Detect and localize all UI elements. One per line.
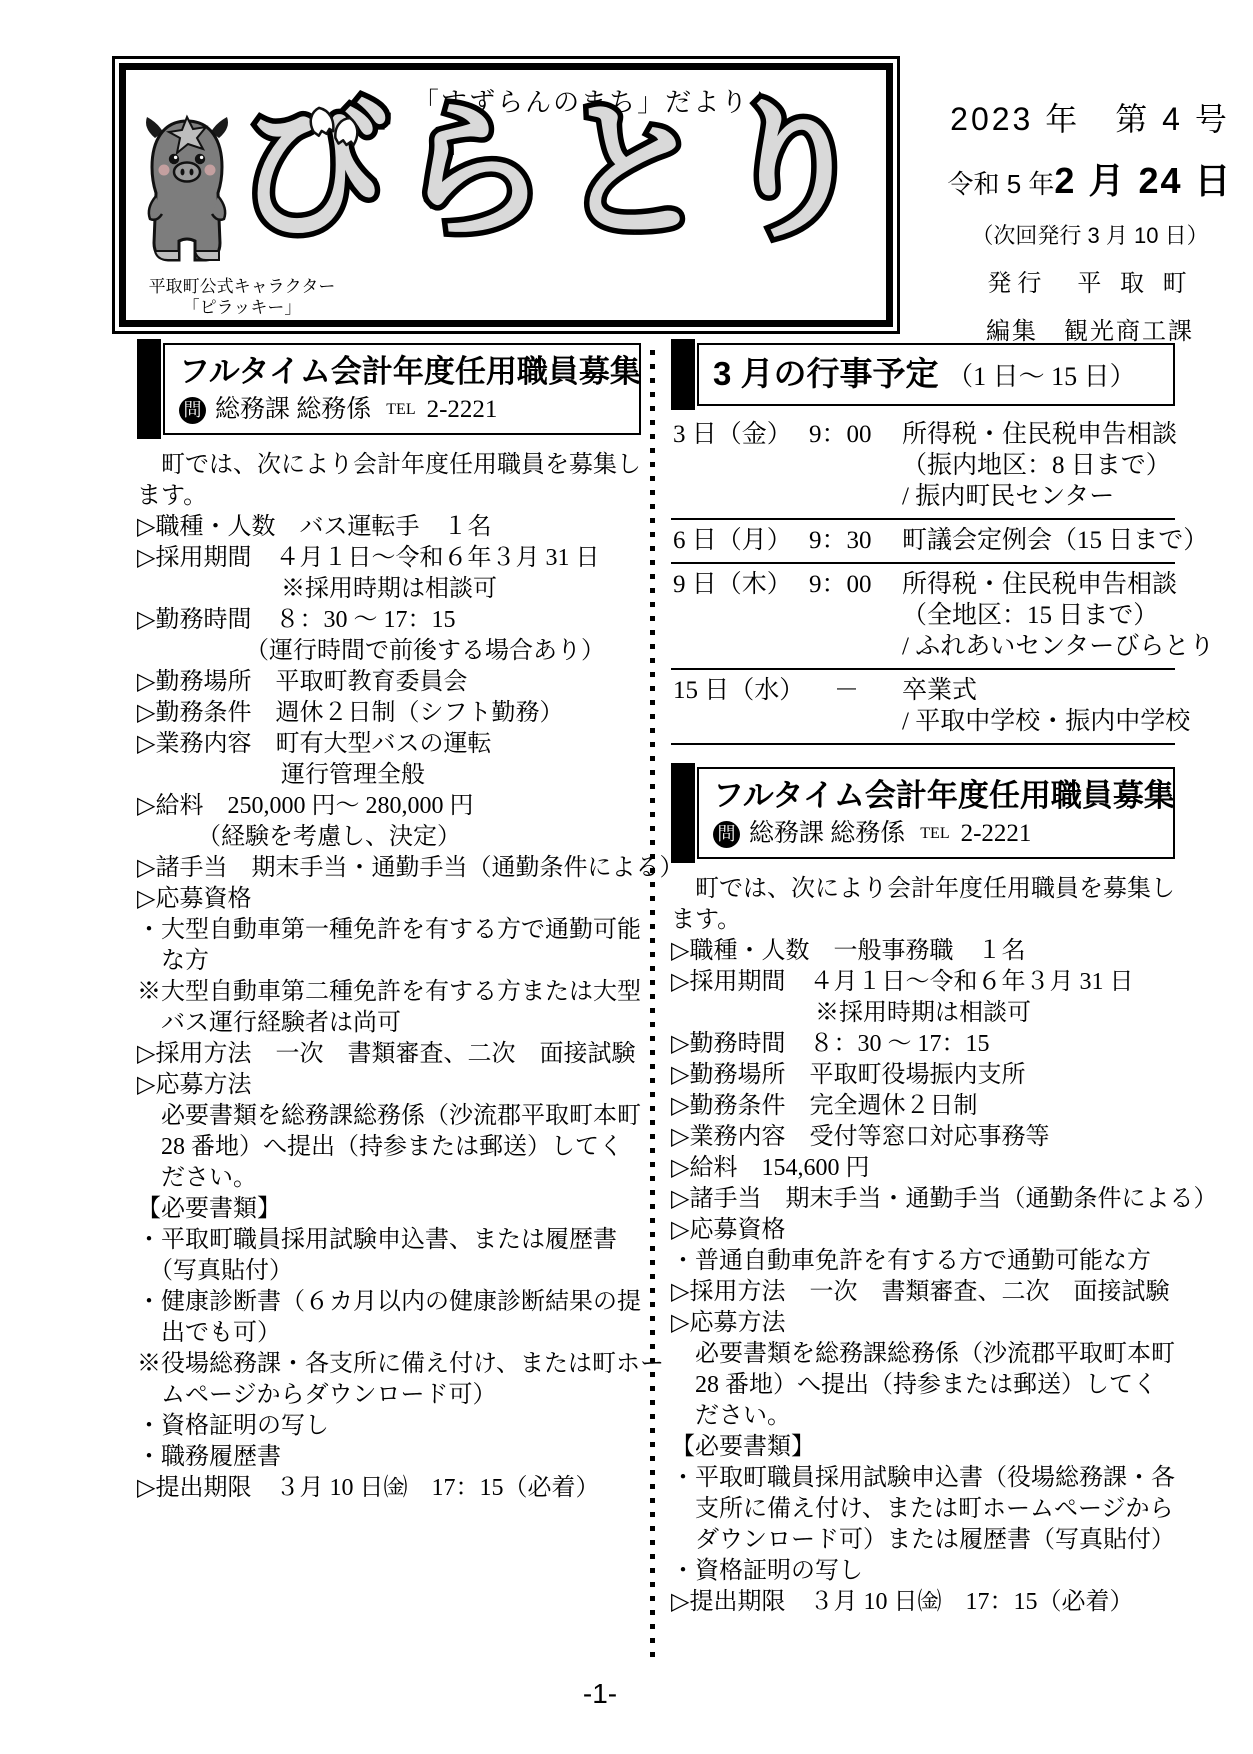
body-line: （経験を考慮し、決定） bbox=[137, 822, 641, 853]
body-line: ※大型自動車第二種免許を有する方または大型 bbox=[137, 977, 641, 1008]
issue-next-publication: （次回発行 3 月 10 日） bbox=[928, 219, 1252, 250]
schedule-description-line: 卒業式 bbox=[902, 675, 1190, 706]
body-line: ▷応募資格 bbox=[671, 1215, 1175, 1246]
section-title: フルタイム会計年度任用職員募集 bbox=[179, 352, 633, 392]
section-title: フルタイム会計年度任用職員募集 bbox=[713, 776, 1167, 816]
body-line: 28 番地）へ提出（持参または郵送）してく bbox=[671, 1370, 1175, 1401]
inquiry-badge-icon: 問 bbox=[179, 397, 206, 424]
body-line: 町では、次により会計年度任用職員を募集し bbox=[137, 450, 641, 481]
mascot-caption-line1: 平取町公式キャラクター bbox=[126, 276, 358, 297]
body-line: 支所に備え付け、または町ホームページから bbox=[671, 1494, 1175, 1525]
body-line: ▷採用期間 ４月１日～令和６年３月 31 日 bbox=[671, 967, 1175, 998]
body-line: ▷勤務時間 ８：30 ～ 17：15 bbox=[137, 605, 641, 636]
schedule-date: 3 日（金） bbox=[673, 419, 809, 512]
schedule-description: 所得税・住民税申告相談 （振内地区：8 日まで） / 振内町民センター bbox=[902, 419, 1177, 512]
body-line: ※役場総務課・各支所に備え付け、または町ホー bbox=[137, 1349, 641, 1380]
schedule-row: 9 日（木） 9：00 所得税・住民税申告相談 （全地区：15 日まで） / ふ… bbox=[671, 564, 1175, 670]
schedule-description: 卒業式 / 平取中学校・振内中学校 bbox=[902, 675, 1190, 737]
body-line: ▷提出期限 ３月 10 日㈮ 17：15（必着） bbox=[671, 1587, 1175, 1618]
schedule-description-line: 町議会定例会（15 日まで） bbox=[902, 525, 1208, 556]
body-line: ▷勤務条件 週休２日制（シフト勤務） bbox=[137, 698, 641, 729]
section-header-recruit-left: フルタイム会計年度任用職員募集 問 総務課 総務係 TEL 2-2221 bbox=[163, 343, 641, 435]
schedule-description-line: / 平取中学校・振内中学校 bbox=[902, 706, 1190, 737]
body-line: ▷応募資格 bbox=[137, 884, 641, 915]
schedule-title: 3 月の行事予定 bbox=[713, 355, 939, 392]
issue-info-block: 2023 年 第 4 号 令和 5 年2 月 24 日 （次回発行 3 月 10… bbox=[928, 94, 1252, 346]
body-line: 【必要書類】 bbox=[671, 1432, 1175, 1463]
section-header-recruit-right: フルタイム会計年度任用職員募集 問 総務課 総務係 TEL 2-2221 bbox=[697, 767, 1175, 859]
schedule-description-line: （全地区：15 日まで） bbox=[902, 600, 1214, 631]
schedule-description: 町議会定例会（15 日まで） bbox=[902, 525, 1208, 556]
body-line: （運行時間で前後する場合あり） bbox=[137, 636, 641, 667]
schedule-time: 9：00 bbox=[809, 419, 902, 512]
suzuran-flowers-illustration bbox=[304, 104, 368, 156]
body-line: 必要書類を総務課総務係（沙流郡平取町本町 bbox=[671, 1339, 1175, 1370]
contact-department: 総務課 総務係 bbox=[749, 818, 905, 850]
issue-year-number: 2023 年 第 4 号 bbox=[928, 94, 1252, 140]
schedule-date: 6 日（月） bbox=[673, 525, 809, 556]
mascot-caption: 平取町公式キャラクター 「ピラッキー」 bbox=[126, 276, 358, 318]
body-line: ※採用時期は相談可 bbox=[137, 574, 641, 605]
tel-label: TEL bbox=[386, 394, 415, 426]
body-line: ・健康診断書（６カ月以内の健康診断結果の提 bbox=[137, 1287, 641, 1318]
contact-line: 問 総務課 総務係 TEL 2-2221 bbox=[713, 818, 1167, 850]
newsletter-page: 「すずらんのまち」だより びらとり びらとり bbox=[0, 0, 1253, 1754]
tel-label: TEL bbox=[920, 818, 949, 850]
body-line: ▷業務内容 受付等窓口対応事務等 bbox=[671, 1122, 1175, 1153]
schedule-description-line: 所得税・住民税申告相談 bbox=[902, 419, 1177, 450]
body-line: 【必要書類】 bbox=[137, 1194, 641, 1225]
issue-editor: 編集 観光商工課 bbox=[928, 311, 1252, 346]
schedule-table: 3 日（金） 9：00 所得税・住民税申告相談 （振内地区：8 日まで） / 振… bbox=[671, 414, 1175, 745]
schedule-date: 9 日（木） bbox=[673, 569, 809, 662]
contact-department: 総務課 総務係 bbox=[215, 394, 371, 426]
body-line: な方 bbox=[137, 946, 641, 977]
body-line: ▷給料 250,000 円～ 280,000 円 bbox=[137, 791, 641, 822]
body-line: 28 番地）へ提出（持参または郵送）してく bbox=[137, 1132, 641, 1163]
schedule-description-line: / ふれあいセンターびらとり bbox=[902, 631, 1214, 662]
masthead-logo-box: 「すずらんのまち」だより びらとり びらとり bbox=[112, 56, 900, 334]
body-line: ・大型自動車第一種免許を有する方で通勤可能 bbox=[137, 915, 641, 946]
body-line: （写真貼付） bbox=[137, 1256, 641, 1287]
body-line: ▷職種・人数 バス運転手 １名 bbox=[137, 512, 641, 543]
body-line: ます。 bbox=[671, 905, 1175, 936]
right-column: 3 月の行事予定 （1 日～ 15 日） 3 日（金） 9：00 所得税・住民税… bbox=[671, 343, 1175, 1618]
body-line: 運行管理全般 bbox=[137, 760, 641, 791]
issue-publisher: 発行 平 取 町 bbox=[928, 263, 1252, 298]
schedule-title-line: 3 月の行事予定 （1 日～ 15 日） bbox=[713, 352, 1167, 397]
body-line: ▷諸手当 期末手当・通勤手当（通勤条件による） bbox=[671, 1184, 1175, 1215]
body-line: ▷採用方法 一次 書類審査、二次 面接試験 bbox=[671, 1277, 1175, 1308]
body-line: 町では、次により会計年度任用職員を募集し bbox=[671, 874, 1175, 905]
body-line: ・資格証明の写し bbox=[137, 1411, 641, 1442]
body-line: ▷採用期間 ４月１日～令和６年３月 31 日 bbox=[137, 543, 641, 574]
body-line: ・普通自動車免許を有する方で通勤可能な方 bbox=[671, 1246, 1175, 1277]
body-line: ・平取町職員採用試験申込書、または履歴書 bbox=[137, 1225, 641, 1256]
schedule-description-line: / 振内町民センター bbox=[902, 481, 1177, 512]
schedule-date: 15 日（水） bbox=[673, 675, 809, 737]
body-line: ※採用時期は相談可 bbox=[671, 998, 1175, 1029]
body-line: ・平取町職員採用試験申込書（役場総務課・各 bbox=[671, 1463, 1175, 1494]
body-line: ▷応募方法 bbox=[671, 1308, 1175, 1339]
body-line: ▷採用方法 一次 書類審査、二次 面接試験 bbox=[137, 1039, 641, 1070]
left-column: フルタイム会計年度任用職員募集 問 総務課 総務係 TEL 2-2221 町では… bbox=[137, 343, 641, 1504]
mascot-caption-line2: 「ピラッキー」 bbox=[126, 297, 358, 318]
body-line: バス運行経験者は尚可 bbox=[137, 1008, 641, 1039]
body-line: ▷応募方法 bbox=[137, 1070, 641, 1101]
body-line: ▷諸手当 期末手当・通勤手当（通勤条件による） bbox=[137, 853, 641, 884]
schedule-row: 3 日（金） 9：00 所得税・住民税申告相談 （振内地区：8 日まで） / 振… bbox=[671, 414, 1175, 520]
schedule-row: 15 日（水） － 卒業式 / 平取中学校・振内中学校 bbox=[671, 670, 1175, 745]
schedule-time: 9：30 bbox=[809, 525, 902, 556]
page-number: -1- bbox=[540, 1678, 660, 1710]
body-line: ▷業務内容 町有大型バスの運転 bbox=[137, 729, 641, 760]
body-line: 必要書類を総務課総務係（沙流郡平取町本町 bbox=[137, 1101, 641, 1132]
schedule-title-note: （1 日～ 15 日） bbox=[947, 362, 1136, 391]
issue-era-prefix: 令和 5 年 bbox=[948, 169, 1055, 199]
body-line: ださい。 bbox=[137, 1163, 641, 1194]
body-line: ▷給料 154,600 円 bbox=[671, 1153, 1175, 1184]
body-line: ▷勤務場所 平取町役場振内支所 bbox=[671, 1060, 1175, 1091]
recruit-right-section: フルタイム会計年度任用職員募集 問 総務課 総務係 TEL 2-2221 町では… bbox=[671, 767, 1175, 1618]
schedule-description: 所得税・住民税申告相談 （全地区：15 日まで） / ふれあいセンターびらとり bbox=[902, 569, 1214, 662]
body-line: ます。 bbox=[137, 481, 641, 512]
mascot-illustration bbox=[140, 114, 234, 270]
section-header-schedule: 3 月の行事予定 （1 日～ 15 日） bbox=[697, 343, 1175, 406]
tel-number: 2-2221 bbox=[961, 818, 1032, 850]
recruit-right-body: 町では、次により会計年度任用職員を募集し ます。 ▷職種・人数 一般事務職 １名… bbox=[671, 874, 1175, 1618]
schedule-description-line: 所得税・住民税申告相談 bbox=[902, 569, 1214, 600]
column-divider-dotted-line bbox=[650, 350, 655, 1662]
body-line: ・資格証明の写し bbox=[671, 1556, 1175, 1587]
body-line: ダウンロード可）または履歴書（写真貼付） bbox=[671, 1525, 1175, 1556]
issue-date: 令和 5 年2 月 24 日 bbox=[928, 153, 1252, 204]
body-line: ムページからダウンロード可） bbox=[137, 1380, 641, 1411]
schedule-time: 9：00 bbox=[809, 569, 902, 662]
body-line: ▷提出期限 ３月 10 日㈮ 17：15（必着） bbox=[137, 1473, 641, 1504]
issue-date-bold: 2 月 24 日 bbox=[1054, 160, 1232, 201]
recruit-left-body: 町では、次により会計年度任用職員を募集し ます。 ▷職種・人数 バス運転手 １名… bbox=[137, 450, 641, 1504]
schedule-row: 6 日（月） 9：30 町議会定例会（15 日まで） bbox=[671, 520, 1175, 564]
masthead-logo-inner-frame: 「すずらんのまち」だより びらとり びらとり bbox=[119, 63, 893, 327]
schedule-description-line: （振内地区：8 日まで） bbox=[902, 450, 1177, 481]
contact-line: 問 総務課 総務係 TEL 2-2221 bbox=[179, 394, 633, 426]
body-line: 出でも可） bbox=[137, 1318, 641, 1349]
body-line: ▷勤務条件 完全週休２日制 bbox=[671, 1091, 1175, 1122]
tel-number: 2-2221 bbox=[427, 394, 498, 426]
body-line: ▷勤務場所 平取町教育委員会 bbox=[137, 667, 641, 698]
body-line: ださい。 bbox=[671, 1401, 1175, 1432]
schedule-time: － bbox=[809, 675, 902, 737]
inquiry-badge-icon: 問 bbox=[713, 821, 740, 848]
body-line: ▷勤務時間 ８：30 ～ 17：15 bbox=[671, 1029, 1175, 1060]
body-line: ▷職種・人数 一般事務職 １名 bbox=[671, 936, 1175, 967]
body-line: ・職務履歴書 bbox=[137, 1442, 641, 1473]
